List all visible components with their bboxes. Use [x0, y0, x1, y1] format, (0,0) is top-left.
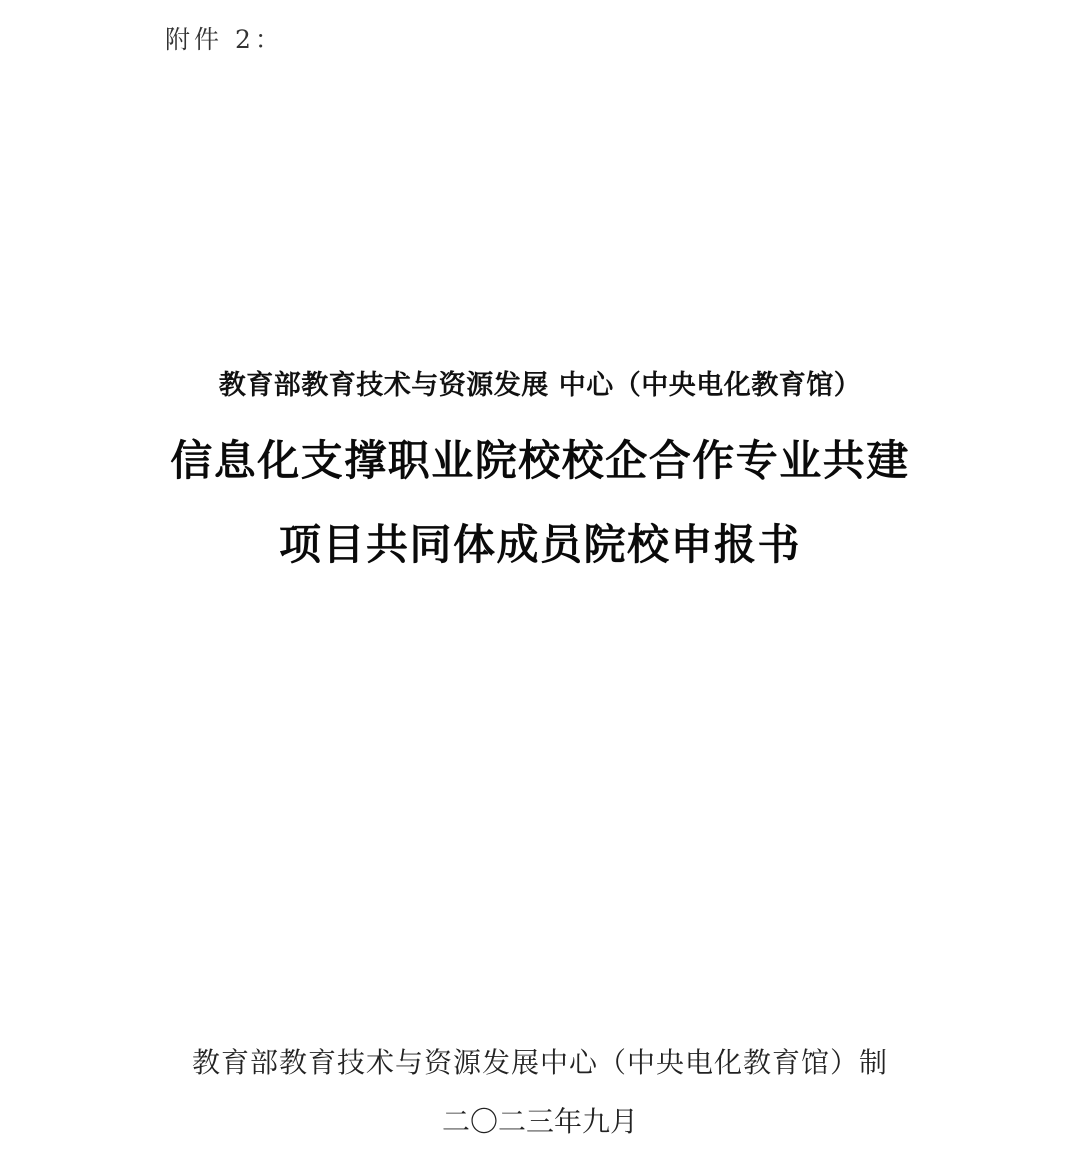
organization-subtitle: 教育部教育技术与资源发展 中心（中央电化教育馆） [0, 368, 1080, 404]
document-title-line-2: 项目共同体成员院校申报书 [0, 517, 1080, 573]
attachment-label: 附件 2： [165, 24, 284, 56]
document-cover-page: 附件 2： 教育部教育技术与资源发展 中心（中央电化教育馆） 信息化支撑职业院校… [0, 0, 1080, 1152]
document-title-line-1: 信息化支撑职业院校校企合作专业共建 [0, 433, 1080, 489]
issuer-statement: 教育部教育技术与资源发展中心（中央电化教育馆）制 [0, 1045, 1080, 1081]
issue-date: 二〇二三年九月 [0, 1104, 1080, 1140]
